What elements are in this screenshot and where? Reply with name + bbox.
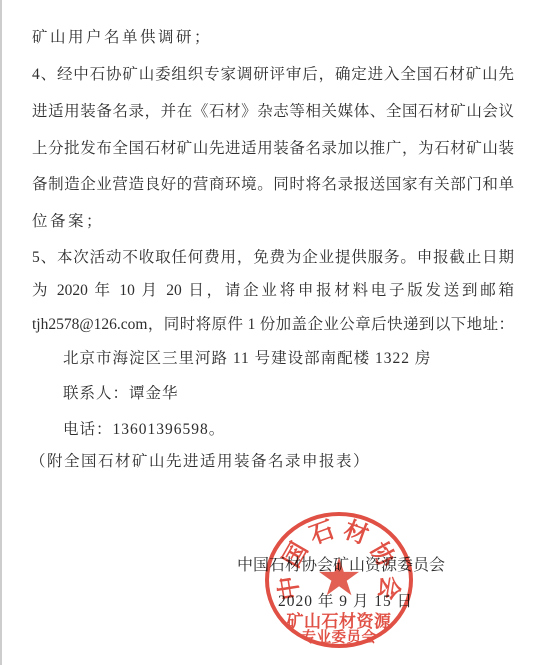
star-icon: ★ bbox=[316, 552, 363, 604]
seal-inner-line2: 专业委员会 bbox=[265, 626, 413, 647]
document-page: 矿山用户名单供调研；4、经中石协矿山委组织专家调研评审后，确定进入全国石材矿山先… bbox=[0, 0, 537, 665]
body-line: 5、本次活动不收取任何费用，免费为企业提供服务。申报截止日期 bbox=[32, 248, 514, 268]
official-seal: 中国石材协会 ★ 矿山石材资源 专业委员会 bbox=[265, 512, 413, 648]
body-line: 联系人：谭金华 bbox=[63, 384, 514, 404]
body-line: 上分批发布全国石材矿山先进适用装备名录加以推广，为石材矿山装 bbox=[32, 139, 514, 159]
body-line: 为 2020 年 10 月 20 日，请企业将申报材料电子版发送到邮箱 bbox=[32, 281, 514, 301]
body-line: 电话：13601396598。 bbox=[63, 420, 514, 440]
body-line: tjh2578@126.com，同时将原件 1 份加盖企业公章后快递到以下地址： bbox=[32, 315, 514, 335]
body-line: 矿山用户名单供调研； bbox=[32, 28, 514, 48]
body-line: 北京市海淀区三里河路 11 号建设部南配楼 1322 房 bbox=[63, 349, 514, 369]
body-line: 位备案； bbox=[32, 212, 514, 232]
body-line: 进适用装备名录，并在《石材》杂志等相关媒体、全国石材矿山会议 bbox=[32, 102, 514, 122]
body-line: 备制造企业营造良好的营商环境。同时将名录报送国家有关部门和单 bbox=[32, 175, 514, 195]
body-line: 4、经中石协矿山委组织专家调研评审后，确定进入全国石材矿山先 bbox=[32, 65, 514, 85]
body-line: （附全国石材矿山先进适用装备名录申报表） bbox=[30, 452, 512, 472]
